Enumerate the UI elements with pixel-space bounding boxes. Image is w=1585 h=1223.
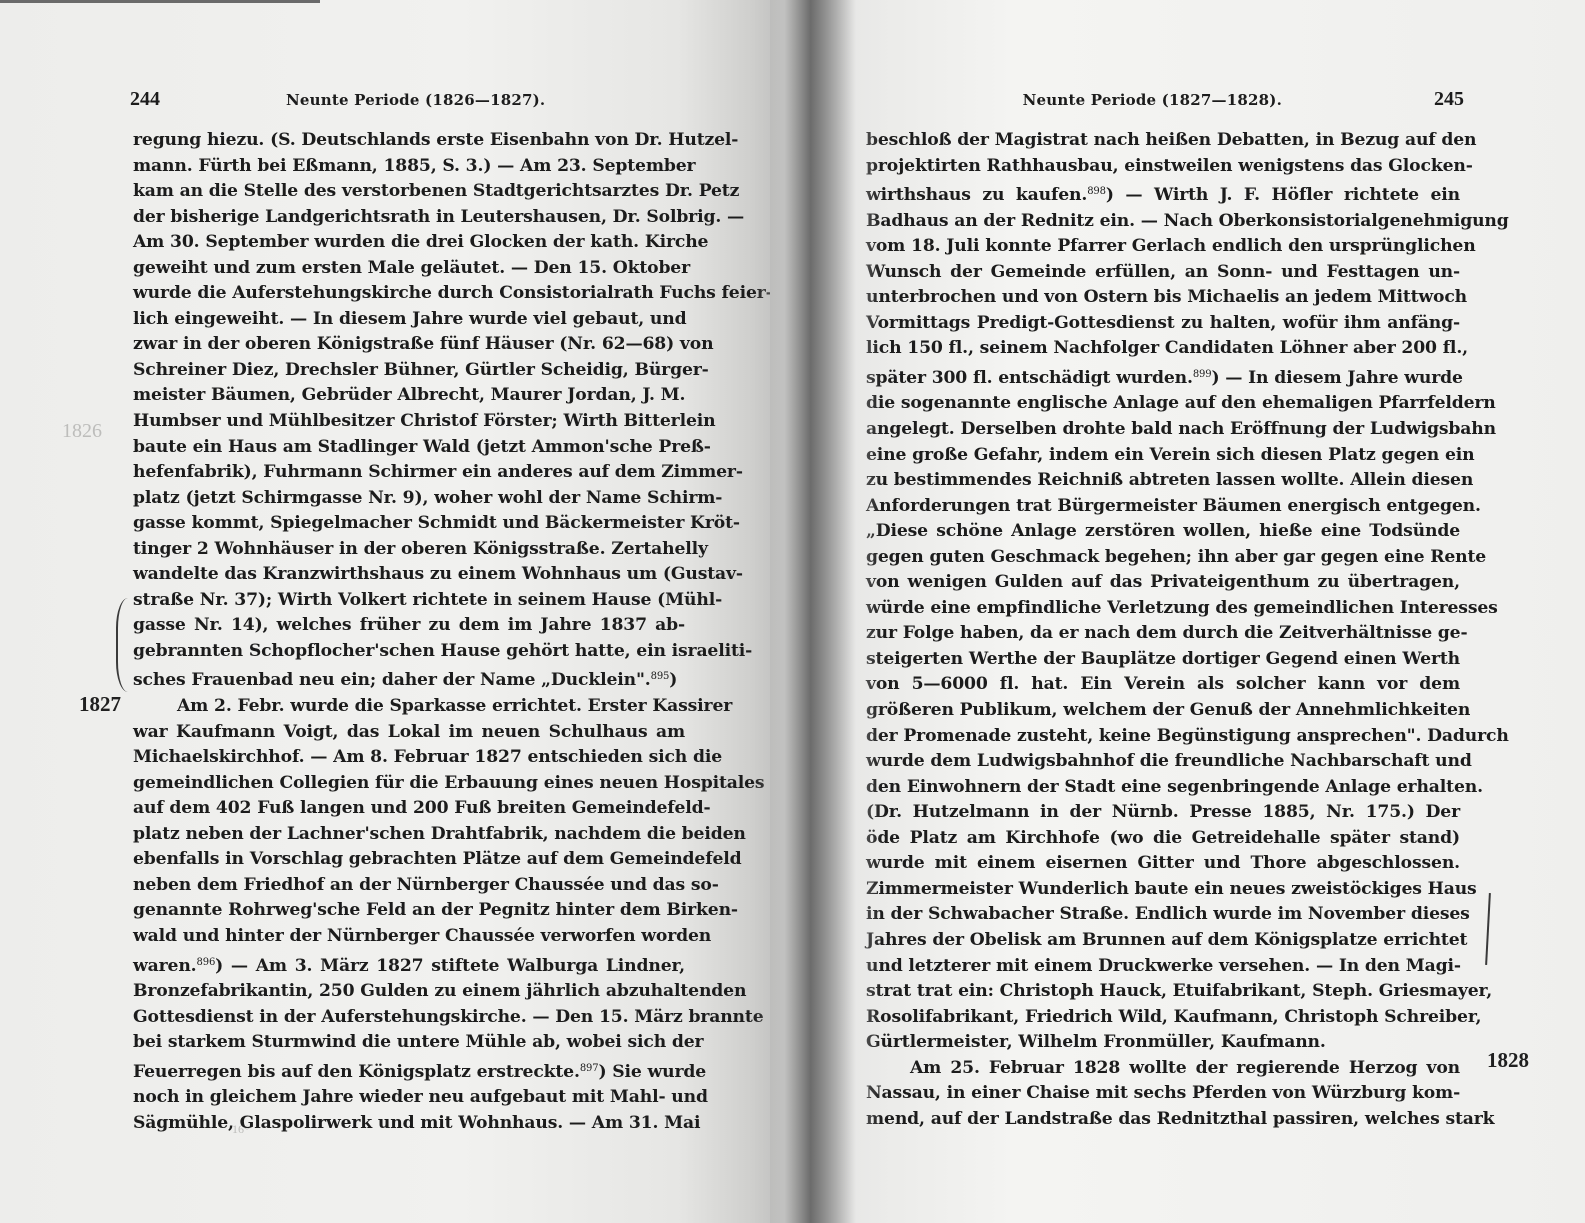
text-line: beschloß der Magistrat nach heißen Debat… <box>866 128 1460 154</box>
text-line-with-footnote: sches Frauenbad neu ein; daher der Name … <box>133 664 685 694</box>
text: ) — Am 3. März 1827 stiftete Walburga Li… <box>215 956 685 976</box>
text-line: der Promenade zusteht, keine Begünstigun… <box>866 724 1460 750</box>
text-line-with-footnote: waren.896) — Am 3. März 1827 stiftete Wa… <box>133 950 685 980</box>
text-line: Bronzefabrikantin, 250 Gulden zu einem j… <box>133 979 685 1005</box>
scan-edge-shadow <box>0 0 320 3</box>
text-line: und letzterer mit einem Druckwerke verse… <box>866 954 1460 980</box>
text-line: platz (jetzt Schirmgasse Nr. 9), woher w… <box>133 486 685 512</box>
text-line: wurde dem Ludwigsbahnhof die freundliche… <box>866 749 1460 775</box>
text-line: gegen guten Geschmack begehen; ihn aber … <box>866 545 1460 571</box>
text-line: Anforderungen trat Bürgermeister Bäumen … <box>866 494 1460 520</box>
text-line: auf dem 402 Fuß langen und 200 Fuß breit… <box>133 796 685 822</box>
text-line: Am 30. September wurden die drei Glocken… <box>133 230 685 256</box>
text-line: zur Folge haben, da er nach dem durch di… <box>866 621 1460 647</box>
text: Feuerregen bis auf den Königsplatz erstr… <box>133 1062 580 1082</box>
text-line: projektirten Rathhausbau, einstweilen we… <box>866 154 1460 180</box>
text: ) Sie wurde <box>598 1062 706 1082</box>
text: wirthshaus zu kaufen. <box>866 185 1087 205</box>
pencil-bracket-mark <box>116 598 128 692</box>
text-line: bei starkem Sturmwind die untere Mühle a… <box>133 1030 685 1056</box>
text-line: „Diese schöne Anlage zerstören wollen, h… <box>866 519 1460 545</box>
text-line: tinger 2 Wohnhäuser in der oberen Königs… <box>133 537 685 563</box>
text-line: mend, auf der Landstraße das Rednitzthal… <box>866 1107 1460 1133</box>
text-line: Rosolifabrikant, Friedrich Wild, Kaufman… <box>866 1005 1460 1031</box>
text: sches Frauenbad neu ein; daher der Name … <box>133 670 651 690</box>
text-line: wurde mit einem eisernen Gitter und Thor… <box>866 851 1460 877</box>
text-line: noch in gleichem Jahre wieder neu aufgeb… <box>133 1085 685 1111</box>
text-line: zu bestimmendes Reichniß abtreten lassen… <box>866 468 1460 494</box>
page-number: 244 <box>130 88 160 111</box>
text-line: größeren Publikum, welchem der Genuß der… <box>866 698 1460 724</box>
text-line: Schreiner Diez, Drechsler Bühner, Gürtle… <box>133 358 685 384</box>
text: ) — Wirth J. F. Höfler richtete ein <box>1106 185 1460 205</box>
footnote-ref: 899 <box>1193 369 1212 380</box>
text-line: kam an die Stelle des verstorbenen Stadt… <box>133 179 685 205</box>
text-line: wurde die Auferstehungskirche durch Cons… <box>133 281 685 307</box>
text-line: Am 2. Febr. wurde die Sparkasse errichte… <box>133 694 685 720</box>
text-line: hefenfabrik), Fuhrmann Schirmer ein ande… <box>133 460 685 486</box>
text-line: neben dem Friedhof an der Nürnberger Cha… <box>133 873 685 899</box>
text: ) <box>669 670 677 690</box>
text-line: würde eine empfindliche Verletzung des g… <box>866 596 1460 622</box>
text: später 300 fl. entschädigt wurden. <box>866 368 1193 388</box>
text-line: die sogenannte englische Anlage auf den … <box>866 391 1460 417</box>
text-line: von 5—6000 fl. hat. Ein Verein als solch… <box>866 672 1460 698</box>
left-page-body: regung hiezu. (S. Deutschlands erste Eis… <box>133 128 685 1136</box>
page-number: 245 <box>1434 88 1464 111</box>
text-line-with-footnote: wirthshaus zu kaufen.898) — Wirth J. F. … <box>866 179 1460 209</box>
text-line: Humbser und Mühlbesitzer Christof Förste… <box>133 409 685 435</box>
text-line: wald und hinter der Nürnberger Chaussée … <box>133 924 685 950</box>
text-line: gasse kommt, Spiegelmacher Schmidt und B… <box>133 511 685 537</box>
text-line: Nassau, in einer Chaise mit sechs Pferde… <box>866 1081 1460 1107</box>
text-line: lich eingeweiht. — In diesem Jahre wurde… <box>133 307 685 333</box>
left-page: 244 Neunte Periode (1826—1827). 1826 16*… <box>0 0 770 1223</box>
text-line: zwar in der oberen Königstraße fünf Häus… <box>133 332 685 358</box>
text-line: Am 25. Februar 1828 wollte der regierend… <box>866 1056 1460 1082</box>
faint-margin-mark: 1826 <box>62 420 102 443</box>
right-page-body: beschloß der Magistrat nach heißen Debat… <box>866 128 1460 1132</box>
text-line: Jahres der Obelisk am Brunnen auf dem Kö… <box>866 928 1460 954</box>
text-line: gasse Nr. 14), welches früher zu dem im … <box>133 613 685 639</box>
text-line: vom 18. Juli konnte Pfarrer Gerlach endl… <box>866 234 1460 260</box>
text-line: baute ein Haus am Stadlinger Wald (jetzt… <box>133 435 685 461</box>
text-line: platz neben der Lachner'schen Drahtfabri… <box>133 822 685 848</box>
text-line: meister Bäumen, Gebrüder Albrecht, Maure… <box>133 383 685 409</box>
text-line: öde Platz am Kirchhofe (wo die Getreideh… <box>866 826 1460 852</box>
footnote-ref: 895 <box>651 671 670 682</box>
text-line: Vormittags Predigt-Gottesdienst zu halte… <box>866 311 1460 337</box>
text-line: wandelte das Kranzwirthshaus zu einem Wo… <box>133 562 685 588</box>
margin-year-note: 1828 <box>1487 1048 1529 1073</box>
right-page-header: Neunte Periode (1827—1828). 245 <box>866 88 1464 111</box>
text-line: genannte Rohrweg'sche Feld an der Pegnit… <box>133 898 685 924</box>
text-line: der bisherige Landgerichtsrath in Leuter… <box>133 205 685 231</box>
footnote-ref: 897 <box>580 1063 599 1074</box>
text-line: straße Nr. 37); Wirth Volkert richtete i… <box>133 588 685 614</box>
margin-year-note: 1827 <box>79 692 121 717</box>
text-line-with-footnote: später 300 fl. entschädigt wurden.899) —… <box>866 362 1460 392</box>
text-line: in der Schwabacher Straße. Endlich wurde… <box>866 902 1460 928</box>
text-line: Gottesdienst in der Auferstehungskirche.… <box>133 1005 685 1031</box>
text-line: Gürtlermeister, Wilhelm Fronmüller, Kauf… <box>866 1030 1460 1056</box>
text-line: Sägmühle, Glaspolirwerk und mit Wohnhaus… <box>133 1111 685 1137</box>
left-page-header: 244 Neunte Periode (1826—1827). <box>130 88 685 111</box>
text-line: angelegt. Derselben drohte bald nach Erö… <box>866 417 1460 443</box>
text-line: Zimmermeister Wunderlich baute ein neues… <box>866 877 1460 903</box>
text-line: mann. Fürth bei Eßmann, 1885, S. 3.) — A… <box>133 154 685 180</box>
text-line: steigerten Werthe der Bauplätze dortiger… <box>866 647 1460 673</box>
text-line: ebenfalls in Vorschlag gebrachten Plätze… <box>133 847 685 873</box>
text-line: Michaelskirchhof. — Am 8. Februar 1827 e… <box>133 745 685 771</box>
text-line: (Dr. Hutzelmann in der Nürnb. Presse 188… <box>866 800 1460 826</box>
text-line: strat trat ein: Christoph Hauck, Etuifab… <box>866 979 1460 1005</box>
running-title: Neunte Periode (1827—1828). <box>1023 91 1282 109</box>
running-title: Neunte Periode (1826—1827). <box>286 91 545 109</box>
text-line: gebrannten Schopflocher'schen Hause gehö… <box>133 639 685 665</box>
text-line-with-footnote: Feuerregen bis auf den Königsplatz erstr… <box>133 1056 685 1086</box>
text-line: Wunsch der Gemeinde erfüllen, an Sonn- u… <box>866 260 1460 286</box>
text-line: regung hiezu. (S. Deutschlands erste Eis… <box>133 128 685 154</box>
text-line: eine große Gefahr, indem ein Verein sich… <box>866 443 1460 469</box>
footnote-ref: 896 <box>197 957 216 968</box>
footnote-ref: 898 <box>1087 186 1106 197</box>
text-line: von wenigen Gulden auf das Privateigenth… <box>866 570 1460 596</box>
text-line: den Einwohnern der Stadt eine segenbring… <box>866 775 1460 801</box>
text: waren. <box>133 956 197 976</box>
text-line: unterbrochen und von Ostern bis Michaeli… <box>866 285 1460 311</box>
text: ) — In diesem Jahre wurde <box>1211 368 1462 388</box>
right-page: Neunte Periode (1827—1828). 245 beschloß… <box>770 0 1585 1223</box>
text-line: lich 150 fl., seinem Nachfolger Candidat… <box>866 336 1460 362</box>
book-spread: 244 Neunte Periode (1826—1827). 1826 16*… <box>0 0 1585 1223</box>
text-line: geweiht und zum ersten Male geläutet. — … <box>133 256 685 282</box>
text-line: Badhaus an der Rednitz ein. — Nach Oberk… <box>866 209 1460 235</box>
text-line: war Kaufmann Voigt, das Lokal im neuen S… <box>133 720 685 746</box>
text-line: gemeindlichen Collegien für die Erbauung… <box>133 771 685 797</box>
